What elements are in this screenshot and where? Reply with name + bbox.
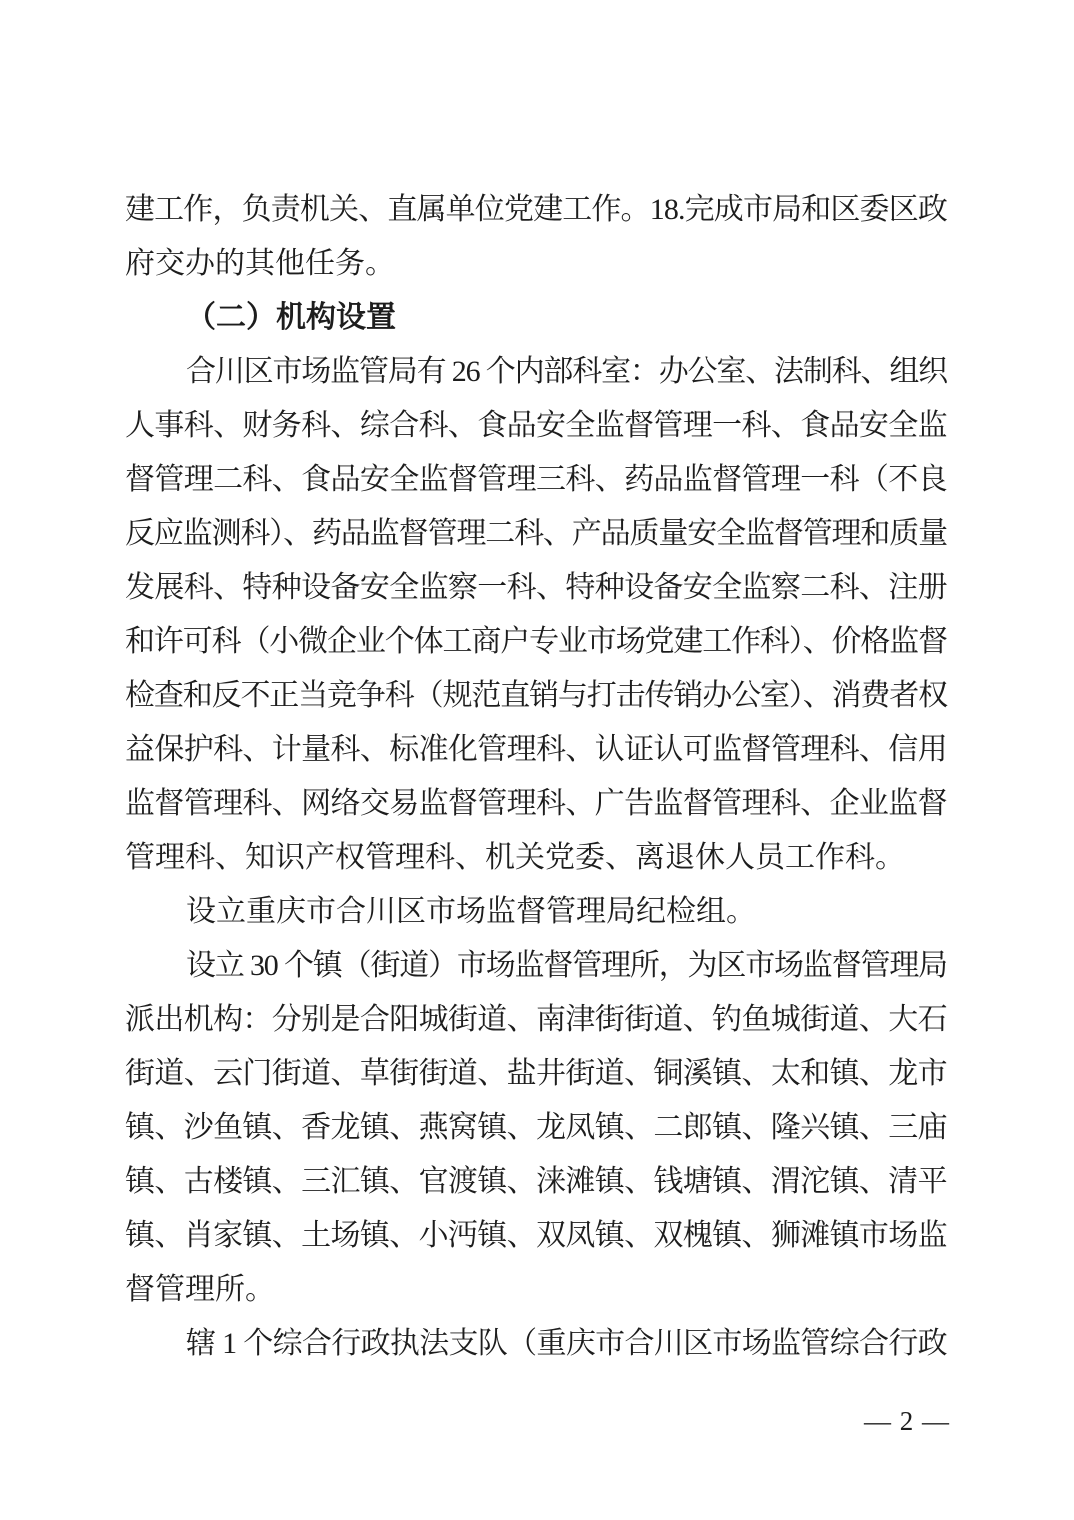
text-line: 建工作，负责机关、直属单位党建工作。18.完成市局和区委区政	[125, 183, 947, 237]
text-line: 反应监测科）、药品监督管理二科、产品质量安全监督管理和质量	[125, 507, 947, 561]
text-line: 辖 1 个综合行政执法支队（重庆市合川区市场监管综合行政	[125, 1317, 947, 1371]
text-line: 设立 30 个镇（街道）市场监督管理所，为区市场监督管理局	[125, 939, 947, 993]
text-line: 督管理二科、食品安全监督管理三科、药品监督管理一科（不良	[125, 453, 947, 507]
page-content: 建工作，负责机关、直属单位党建工作。18.完成市局和区委区政府交办的其他任务。（…	[125, 183, 947, 1371]
text-line: 镇、古楼镇、三汇镇、官渡镇、涞滩镇、钱塘镇、渭沱镇、清平	[125, 1155, 947, 1209]
text-line: 发展科、特种设备安全监察一科、特种设备安全监察二科、注册	[125, 561, 947, 615]
text-line: 益保护科、计量科、标准化管理科、认证认可监督管理科、信用	[125, 723, 947, 777]
text-line: 检查和反不正当竞争科（规范直销与打击传销办公室）、消费者权	[125, 669, 947, 723]
text-line: 监督管理科、网络交易监督管理科、广告监督管理科、企业监督	[125, 777, 947, 831]
text-line: 派出机构：分别是合阳城街道、南津街街道、钓鱼城街道、大石	[125, 993, 947, 1047]
text-line: 设立重庆市合川区市场监督管理局纪检组。	[125, 885, 947, 939]
text-line: 督管理所。	[125, 1263, 947, 1317]
text-line: 镇、肖家镇、土场镇、小沔镇、双凤镇、双槐镇、狮滩镇市场监	[125, 1209, 947, 1263]
page-number: — 2 —	[864, 1404, 950, 1438]
text-line: 镇、沙鱼镇、香龙镇、燕窝镇、龙凤镇、二郎镇、隆兴镇、三庙	[125, 1101, 947, 1155]
text-line: 管理科、知识产权管理科、机关党委、离退休人员工作科。	[125, 831, 947, 885]
text-lines: 建工作，负责机关、直属单位党建工作。18.完成市局和区委区政府交办的其他任务。（…	[125, 183, 947, 1371]
text-line: 街道、云门街道、草街街道、盐井街道、铜溪镇、太和镇、龙市	[125, 1047, 947, 1101]
document-page: 建工作，负责机关、直属单位党建工作。18.完成市局和区委区政府交办的其他任务。（…	[0, 0, 1074, 1520]
text-line: （二）机构设置	[125, 291, 947, 345]
text-line: 和许可科（小微企业个体工商户专业市场党建工作科）、价格监督	[125, 615, 947, 669]
text-line: 合川区市场监管局有 26 个内部科室：办公室、法制科、组织	[125, 345, 947, 399]
text-line: 府交办的其他任务。	[125, 237, 947, 291]
text-line: 人事科、财务科、综合科、食品安全监督管理一科、食品安全监	[125, 399, 947, 453]
